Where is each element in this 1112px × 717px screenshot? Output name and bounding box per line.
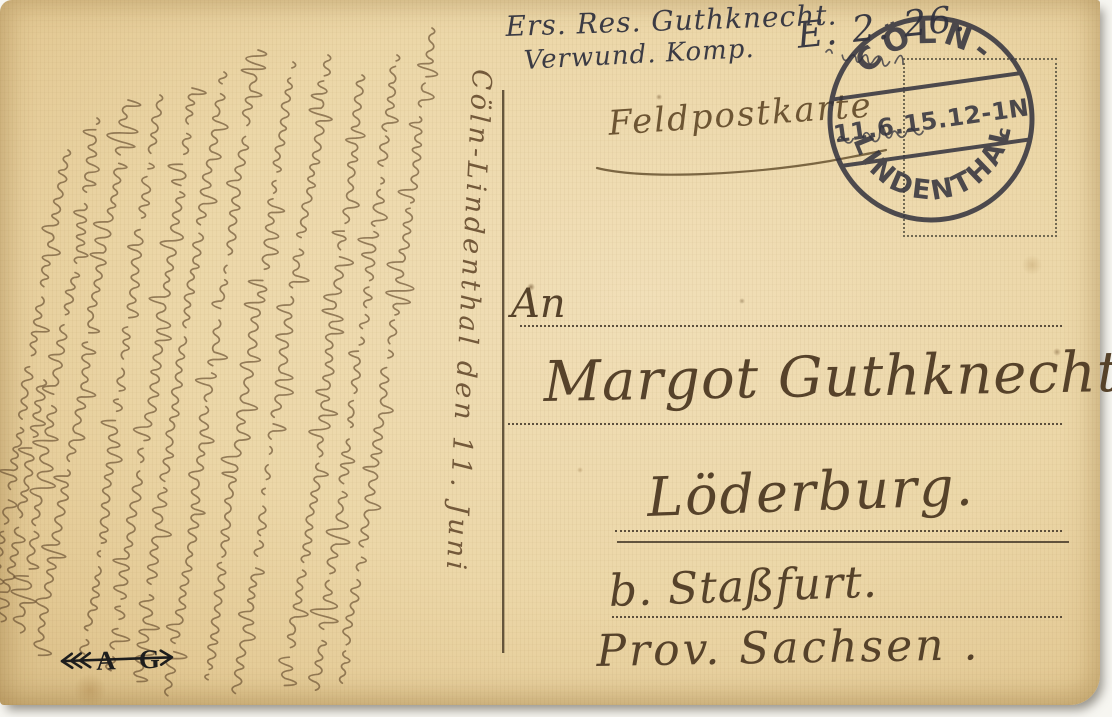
- publisher-mark: A G: [57, 640, 188, 681]
- address-to-label-script: An: [511, 281, 566, 327]
- message-script-line: [0, 148, 81, 619]
- address-dotted-line-1: [520, 325, 1062, 327]
- town-underline: [617, 541, 1069, 543]
- message-script-line: [3, 116, 113, 635]
- town-script: Löderburg.: [646, 455, 976, 529]
- svg-text:CÖLN-: CÖLN-: [845, 8, 1005, 83]
- message-script-line: [329, 26, 450, 685]
- address-dotted-line-2: [508, 423, 1062, 425]
- postmark: 11.6.15.12-1N CÖLN- LINDENTHAL c: [816, 4, 1046, 234]
- province-script: Prov. Sachsen .: [596, 619, 981, 677]
- postcard: Cöln-Lindenthal den 11. Juni Ers. Res. G…: [0, 0, 1100, 705]
- postmark-arc-top: CÖLN-: [845, 8, 1005, 83]
- district-dotted-line: [612, 616, 1062, 618]
- divider-line: [502, 90, 504, 653]
- message-script-line: [129, 71, 237, 684]
- town-dotted-line: [615, 530, 1062, 532]
- addressee-name-script: Margot Guthknecht.: [543, 340, 1112, 415]
- district-script: b. Staßfurt.: [608, 557, 879, 617]
- message-script-line: [25, 98, 142, 658]
- postcard-scan: Cöln-Lindenthal den 11. Juni Ers. Res. G…: [0, 0, 1112, 717]
